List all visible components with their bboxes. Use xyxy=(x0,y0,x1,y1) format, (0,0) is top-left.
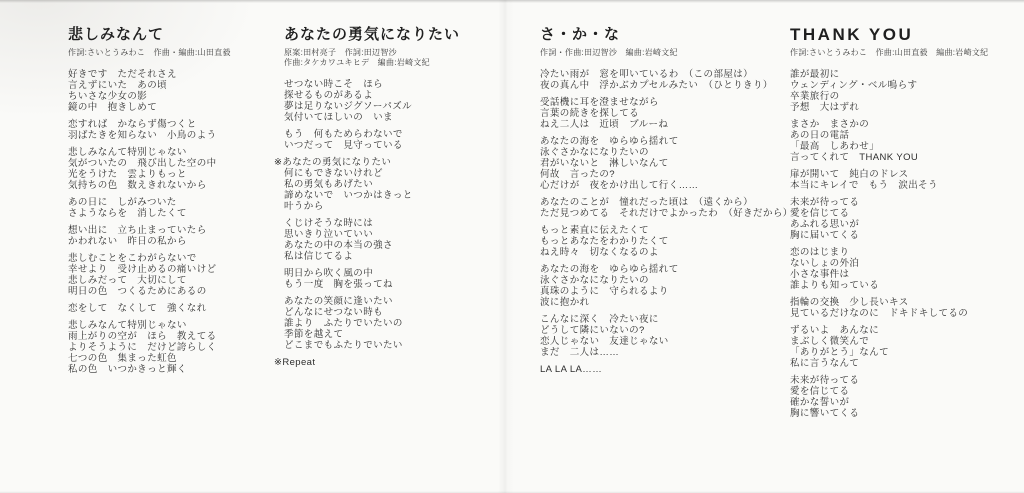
lyric-line: 真珠のように 守られるより xyxy=(540,286,793,297)
lyric-line: ねえ二人は 近頃 ブルーね xyxy=(540,119,793,130)
lyric-line: 私の勇気もあげたい xyxy=(284,179,460,190)
song-column-kanashimi-nante: 悲しみなんて 作詞:さいとうみわこ 作曲・編曲:山田直毅 好きです ただそれさえ… xyxy=(68,26,231,381)
lyric-line: 明日から吹く風の中 xyxy=(284,268,460,279)
lyric-line: ないしょの外泊 xyxy=(790,258,988,269)
lyric-line: 指輪の交換 少し長いキス xyxy=(790,297,988,308)
lyric-line: 見ているだけなのに ドキドキしてるの xyxy=(790,308,988,319)
credit-line: 原案:田村亮子 作詞:田辺智沙 xyxy=(284,48,460,58)
lyric-stanza: こんなに深く 冷たい夜にどうして隣にいないの?恋人じゃない 友達じゃないまだ 二… xyxy=(540,314,793,358)
song-title: THANK YOU xyxy=(790,26,988,44)
lyric-line: 確かな誓いが xyxy=(790,397,988,408)
lyric-stanza: 悲しみなんて特別じゃない雨上がりの空が ほら 教えてるよりそうように だけど誇ら… xyxy=(68,320,231,375)
lyric-stanza: ずるいよ あんなにまぶしく微笑んで「ありがとう」なんて私に言うなんて xyxy=(790,325,988,369)
lyric-line: せつない時こそ ほら xyxy=(284,79,460,90)
lyric-stanza: 未来が待ってる愛を信じてる確かな誓いが胸に響いてくる xyxy=(790,375,988,419)
credit-line: 作曲:タケカワユキヒデ 編曲:岩崎文紀 xyxy=(284,58,460,68)
lyric-line: 夢は足りないジグソーパズル xyxy=(284,101,460,112)
lyric-stanza: あなたの笑顔に逢いたいどんなにせつない時も誰より ふたりでいたいの季節を越えてど… xyxy=(284,296,460,351)
lyric-line: 何故 言ったの? xyxy=(540,169,793,180)
lyric-stanza: ※Repeat xyxy=(284,357,460,368)
lyric-line: ※あなたの勇気になりたい xyxy=(274,157,460,168)
lyric-line: あなたの中の本当の強さ xyxy=(284,240,460,251)
lyric-line: 悲しみだって 大切にして xyxy=(68,275,231,286)
lyric-line: よりそうように だけど誇らしく xyxy=(68,342,231,353)
lyric-line: LA LA LA…… xyxy=(540,364,793,375)
song-credits: 作詞・作曲:田辺智沙 編曲:岩崎文紀 xyxy=(540,48,793,58)
lyric-stanza: くじけそうな時には思いきり泣いていいあなたの中の本当の強さ私は信じてるよ xyxy=(284,218,460,262)
booklet-center-fold xyxy=(498,0,514,493)
lyric-line: 波に抱かれ xyxy=(540,297,793,308)
lyric-line: 小さな事件は xyxy=(790,269,988,280)
lyric-line: 叶うから xyxy=(284,201,460,212)
lyric-line: あなたの海を ゆらゆら揺れて xyxy=(540,136,793,147)
lyric-line: 扉が開いて 純白のドレス xyxy=(790,169,988,180)
lyric-line: あの日に しがみついた xyxy=(68,197,231,208)
lyric-stanza: まさか まさかのあの日の電話「最高 しあわせ」言ってくれて THANK YOU xyxy=(790,119,988,163)
lyric-line: 好きです ただそれさえ xyxy=(68,69,231,80)
song-title: あなたの勇気になりたい xyxy=(284,26,460,44)
scan-top-edge xyxy=(0,0,1024,3)
lyric-line: どこまでもふたりでいたい xyxy=(284,340,460,351)
song-credits: 作詞:さいとうみわこ 作曲・編曲:山田直毅 xyxy=(68,48,231,58)
lyric-line: ねえ時々 切なくなるのよ xyxy=(540,247,793,258)
song-lyrics: 冷たい雨が 窓を叩いているわ （この部屋は）夜の真ん中 浮かぶカプセルみたい （… xyxy=(540,69,793,375)
lyric-line: どうして隣にいないの? xyxy=(540,325,793,336)
song-lyrics: 誰が最初にウェンディング・ベル鳴らす卒業旅行の予想 大はずれまさか まさかのあの… xyxy=(790,69,988,419)
lyric-line: 悲しむことをこわがらないで xyxy=(68,253,231,264)
lyric-line: 恋人じゃない 友達じゃない xyxy=(540,336,793,347)
lyric-stanza: 誰が最初にウェンディング・ベル鳴らす卒業旅行の予想 大はずれ xyxy=(790,69,988,113)
lyric-line: 羽ばたきを知らない 小鳥のよう xyxy=(68,130,231,141)
lyric-line: 気がついたの 飛び出した空の中 xyxy=(68,158,231,169)
lyric-line: もっと素直に伝えたくて xyxy=(540,225,793,236)
lyric-line: 私に言うなんて xyxy=(790,358,988,369)
lyric-line: 泳ぐさかなになりたいの xyxy=(540,147,793,158)
lyric-stanza: 恋のはじまりないしょの外泊小さな事件は誰よりも知っている xyxy=(790,247,988,291)
credit-line: 作詞:さいとうみわこ 作曲:山田直毅 編曲:岩崎文紀 xyxy=(790,48,988,58)
lyric-line: 鏡の中 抱きしめて xyxy=(68,102,231,113)
lyric-stanza: 恋すれば かならず傷つくと羽ばたきを知らない 小鳥のよう xyxy=(68,119,231,141)
lyric-stanza: 悲しむことをこわがらないで幸せより 受け止めるの痛いけど悲しみだって 大切にして… xyxy=(68,253,231,297)
lyric-line: あふれる思いが xyxy=(790,219,988,230)
lyric-line: 恋のはじまり xyxy=(790,247,988,258)
lyric-line: 愛を信じてる xyxy=(790,208,988,219)
credit-line: 作詞:さいとうみわこ 作曲・編曲:山田直毅 xyxy=(68,48,231,58)
lyric-line: 何にもできないけれど xyxy=(284,168,460,179)
lyric-line: あの日の電話 xyxy=(790,130,988,141)
credit-line: 作詞・作曲:田辺智沙 編曲:岩崎文紀 xyxy=(540,48,793,58)
lyric-line: もっとあなたをわかりたくて xyxy=(540,236,793,247)
lyric-line: 言葉の続きを探してる xyxy=(540,108,793,119)
lyric-line: 悲しみなんて特別じゃない xyxy=(68,147,231,158)
lyric-stanza: 想い出に 立ち止まっていたらかわれない 昨日の私から xyxy=(68,225,231,247)
lyric-line: 胸に響いてくる xyxy=(790,408,988,419)
lyric-line: 探せるものがあるよ xyxy=(284,90,460,101)
lyric-stanza: 好きです ただそれさえ言えずにいた あの頃ちいさな少女の影鏡の中 抱きしめて xyxy=(68,69,231,113)
lyric-line: もう一度 胸を張ってね xyxy=(284,279,460,290)
lyric-stanza: あなたの海を ゆらゆら揺れて泳ぐさかなになりたいの君がいないと 淋しいなんて何故… xyxy=(540,136,793,191)
lyric-line: いつだって 見守っている xyxy=(284,140,460,151)
lyric-line: ずるいよ あんなに xyxy=(790,325,988,336)
lyric-line: 私は信じてるよ xyxy=(284,251,460,262)
song-column-sa-ka-na: さ・か・な 作詞・作曲:田辺智沙 編曲:岩崎文紀 冷たい雨が 窓を叩いているわ … xyxy=(540,26,793,381)
lyric-line: 誰より ふたりでいたいの xyxy=(284,318,460,329)
song-title: 悲しみなんて xyxy=(68,26,231,44)
lyric-line: 言えずにいた あの頃 xyxy=(68,80,231,91)
lyric-stanza: あなたの海を ゆらゆら揺れて泳ぐさかなになりたいの真珠のように 守られるより波に… xyxy=(540,264,793,308)
lyric-line: 夜の真ん中 浮かぶカプセルみたい （ひとりきり） xyxy=(540,80,793,91)
lyric-stanza: 受話機に耳を澄ませながら言葉の続きを探してるねえ二人は 近頃 ブルーね xyxy=(540,97,793,130)
lyric-line: ウェンディング・ベル鳴らす xyxy=(790,80,988,91)
song-credits: 原案:田村亮子 作詞:田辺智沙作曲:タケカワユキヒデ 編曲:岩崎文紀 xyxy=(284,48,460,68)
lyric-line: 光をうけた 雲よりもっと xyxy=(68,169,231,180)
lyric-line: こんなに深く 冷たい夜に xyxy=(540,314,793,325)
lyric-line: 心だけが 夜をかけ出して行く…… xyxy=(540,180,793,191)
lyric-stanza: あの日に しがみついたさようならを 消したくて xyxy=(68,197,231,219)
lyric-line: どんなにせつない時も xyxy=(284,307,460,318)
lyric-line: まぶしく微笑んで xyxy=(790,336,988,347)
lyric-line: 気持ちの色 数えきれないから xyxy=(68,180,231,191)
lyric-line: 恋すれば かならず傷つくと xyxy=(68,119,231,130)
lyric-line: 季節を越えて xyxy=(284,329,460,340)
lyric-line: 恋をして なくして 強くなれ xyxy=(68,303,231,314)
lyric-line: 本当にキレイで もう 涙出そう xyxy=(790,180,988,191)
lyric-line: さようならを 消したくて xyxy=(68,208,231,219)
lyric-stanza: もっと素直に伝えたくてもっとあなたをわかりたくてねえ時々 切なくなるのよ xyxy=(540,225,793,258)
lyric-line: 私の色 いつかきっと輝く xyxy=(68,364,231,375)
lyric-line: あなたのことが 憧れだった頃は （遠くから） xyxy=(540,197,793,208)
lyric-line: 「最高 しあわせ」 xyxy=(790,141,988,152)
song-lyrics: 好きです ただそれさえ言えずにいた あの頃ちいさな少女の影鏡の中 抱きしめて恋す… xyxy=(68,69,231,375)
lyrics-booklet-page: 悲しみなんて 作詞:さいとうみわこ 作曲・編曲:山田直毅 好きです ただそれさえ… xyxy=(0,0,1024,493)
lyric-stanza: 明日から吹く風の中もう一度 胸を張ってね xyxy=(284,268,460,290)
lyric-stanza: 扉が開いて 純白のドレス本当にキレイで もう 涙出そう xyxy=(790,169,988,191)
lyric-line: 未来が待ってる xyxy=(790,197,988,208)
lyric-line: 泳ぐさかなになりたいの xyxy=(540,275,793,286)
lyric-line: あなたの笑顔に逢いたい xyxy=(284,296,460,307)
lyric-stanza: ※あなたの勇気になりたい何にもできないけれど私の勇気もあげたい諦めないで いつか… xyxy=(284,157,460,212)
lyric-line: ただ見つめてる それだけでよかったわ （好きだから） xyxy=(540,208,793,219)
lyric-line: 誰が最初に xyxy=(790,69,988,80)
lyric-stanza: 未来が待ってる愛を信じてるあふれる思いが胸に届いてくる xyxy=(790,197,988,241)
lyric-line: まさか まさかの xyxy=(790,119,988,130)
lyric-line: 雨上がりの空が ほら 教えてる xyxy=(68,331,231,342)
lyric-line: もう 何もためらわないで xyxy=(284,129,460,140)
lyric-line: ちいさな少女の影 xyxy=(68,91,231,102)
lyric-line: 受話機に耳を澄ませながら xyxy=(540,97,793,108)
lyric-stanza: せつない時こそ ほら探せるものがあるよ夢は足りないジグソーパズル気付いてほしいの… xyxy=(284,79,460,123)
lyric-line: 思いきり泣いていい xyxy=(284,229,460,240)
lyric-line: 予想 大はずれ xyxy=(790,102,988,113)
lyric-stanza: 指輪の交換 少し長いキス見ているだけなのに ドキドキしてるの xyxy=(790,297,988,319)
lyric-stanza: あなたのことが 憧れだった頃は （遠くから）ただ見つめてる それだけでよかったわ… xyxy=(540,197,793,219)
lyric-line: かわれない 昨日の私から xyxy=(68,236,231,247)
lyric-line: 未来が待ってる xyxy=(790,375,988,386)
song-column-anata-no-yuuki-ni-naritai: あなたの勇気になりたい 原案:田村亮子 作詞:田辺智沙作曲:タケカワユキヒデ 編… xyxy=(284,26,460,374)
song-column-thank-you: THANK YOU 作詞:さいとうみわこ 作曲:山田直毅 編曲:岩崎文紀 誰が最… xyxy=(790,26,988,425)
lyric-line: 卒業旅行の xyxy=(790,91,988,102)
lyric-line: 言ってくれて THANK YOU xyxy=(790,152,988,163)
lyric-stanza: 恋をして なくして 強くなれ xyxy=(68,303,231,314)
lyric-line: 「ありがとう」なんて xyxy=(790,347,988,358)
lyric-line: 悲しみなんて特別じゃない xyxy=(68,320,231,331)
lyric-line: 諦めないで いつかはきっと xyxy=(284,190,460,201)
lyric-line: あなたの海を ゆらゆら揺れて xyxy=(540,264,793,275)
lyric-line: 想い出に 立ち止まっていたら xyxy=(68,225,231,236)
lyric-line: 君がいないと 淋しいなんて xyxy=(540,158,793,169)
lyric-line: 明日の色 つくるためにあるの xyxy=(68,286,231,297)
lyric-stanza: もう 何もためらわないでいつだって 見守っている xyxy=(284,129,460,151)
song-credits: 作詞:さいとうみわこ 作曲:山田直毅 編曲:岩崎文紀 xyxy=(790,48,988,58)
lyric-line: 誰よりも知っている xyxy=(790,280,988,291)
song-lyrics: せつない時こそ ほら探せるものがあるよ夢は足りないジグソーパズル気付いてほしいの… xyxy=(284,79,460,368)
lyric-line: ※Repeat xyxy=(274,357,460,368)
lyric-stanza: LA LA LA…… xyxy=(540,364,793,375)
lyric-line: 冷たい雨が 窓を叩いているわ （この部屋は） xyxy=(540,69,793,80)
lyric-line: 幸せより 受け止めるの痛いけど xyxy=(68,264,231,275)
lyric-line: まだ 二人は…… xyxy=(540,347,793,358)
lyric-stanza: 冷たい雨が 窓を叩いているわ （この部屋は）夜の真ん中 浮かぶカプセルみたい （… xyxy=(540,69,793,91)
song-title: さ・か・な xyxy=(540,26,793,44)
lyric-line: 気付いてほしいの いま xyxy=(284,112,460,123)
lyric-line: 愛を信じてる xyxy=(790,386,988,397)
lyric-stanza: 悲しみなんて特別じゃない気がついたの 飛び出した空の中光をうけた 雲よりもっと気… xyxy=(68,147,231,191)
lyric-line: くじけそうな時には xyxy=(284,218,460,229)
lyric-line: 七つの色 集まった虹色 xyxy=(68,353,231,364)
lyric-line: 胸に届いてくる xyxy=(790,230,988,241)
